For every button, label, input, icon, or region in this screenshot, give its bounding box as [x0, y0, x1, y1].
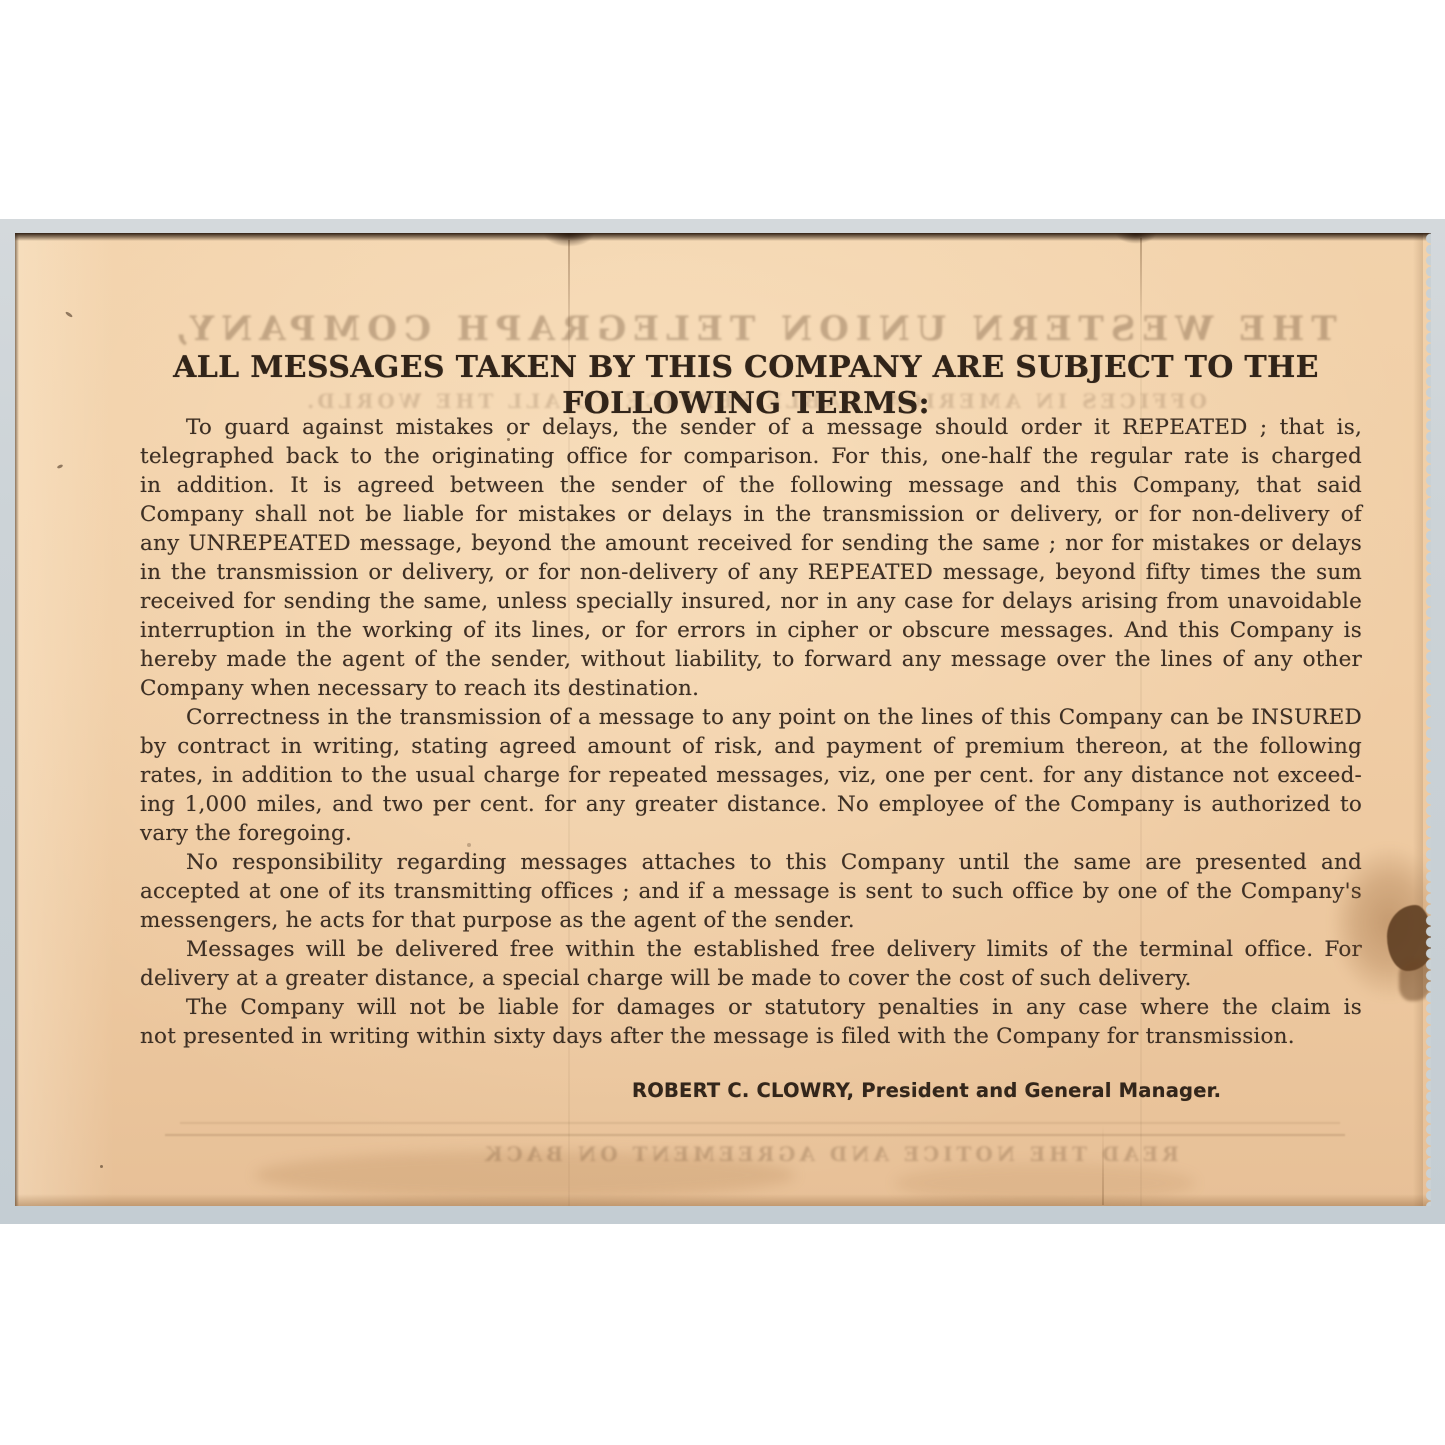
terms-line: messengers, he acts for that purpose as …	[140, 906, 1362, 935]
bleed-through-rule-upper	[180, 1122, 1340, 1124]
terms-line: Correctness in the transmission of a mes…	[140, 703, 1362, 732]
telegram-paper: THE WESTERN UNION TELEGRAPH COMPANY, OFF…	[15, 233, 1431, 1206]
terms-line: The Company will not be liable for damag…	[140, 993, 1362, 1022]
bottom-edge-shadow	[15, 1194, 1431, 1206]
terms-line: No responsibility regarding messages att…	[140, 848, 1362, 877]
terms-line: not presented in writing within sixty da…	[140, 1022, 1362, 1051]
terms-line: telegraphed back to the originating offi…	[140, 442, 1362, 471]
terms-line: in addition. It is agreed between the se…	[140, 471, 1362, 500]
scanned-telegram-back: THE WESTERN UNION TELEGRAPH COMPANY, OFF…	[0, 0, 1445, 1445]
signature-line: ROBERT C. CLOWRY, President and General …	[632, 1079, 1221, 1102]
terms-line: by contract in writing, stating agreed a…	[140, 732, 1362, 761]
paper-speck	[65, 311, 73, 318]
terms-line: delivery at a greater distance, a specia…	[140, 964, 1362, 993]
terms-line: vary the foregoing.	[140, 819, 1362, 848]
crease-mark	[1102, 1125, 1104, 1205]
left-edge-shadow	[15, 233, 19, 1206]
terms-line: Messages will be delivered free within t…	[140, 935, 1362, 964]
terms-line: Company when necessary to reach its dest…	[140, 674, 1362, 703]
crease-mark	[1140, 238, 1142, 328]
bleed-through-notice-line: READ THE NOTICE AND AGREEMENT ON BACK	[370, 1142, 1290, 1166]
bleed-through-rule-lower	[165, 1134, 1345, 1136]
terms-line: accepted at one of its transmitting offi…	[140, 877, 1362, 906]
bleed-through-company-name: THE WESTERN UNION TELEGRAPH COMPANY,	[145, 309, 1360, 349]
terms-line: received for sending the same, unless sp…	[140, 587, 1362, 616]
terms-line: in the transmission or delivery, or for …	[140, 558, 1362, 587]
torn-top-edge	[15, 233, 1431, 241]
paper-speck	[57, 464, 64, 469]
top-edge-notch	[1115, 233, 1157, 244]
terms-line: interruption in the working of its lines…	[140, 616, 1362, 645]
top-edge-notch	[543, 233, 595, 247]
paper-speck	[100, 1165, 103, 1168]
perforated-right-edge	[1419, 233, 1431, 1206]
terms-line: any UNREPEATED message, beyond the amoun…	[140, 529, 1362, 558]
crease-mark	[568, 240, 570, 355]
terms-line: rates, in addition to the usual charge f…	[140, 761, 1362, 790]
terms-heading: ALL MESSAGES TAKEN BY THIS COMPANY ARE S…	[130, 350, 1362, 422]
terms-line: Company shall not be liable for mistakes…	[140, 500, 1362, 529]
terms-line: hereby made the agent of the sender, wit…	[140, 645, 1362, 674]
terms-line: ing 1,000 miles, and two per cent. for a…	[140, 790, 1362, 819]
terms-line: To guard against mistakes or delays, the…	[140, 413, 1362, 442]
terms-body: To guard against mistakes or delays, the…	[140, 413, 1362, 1051]
